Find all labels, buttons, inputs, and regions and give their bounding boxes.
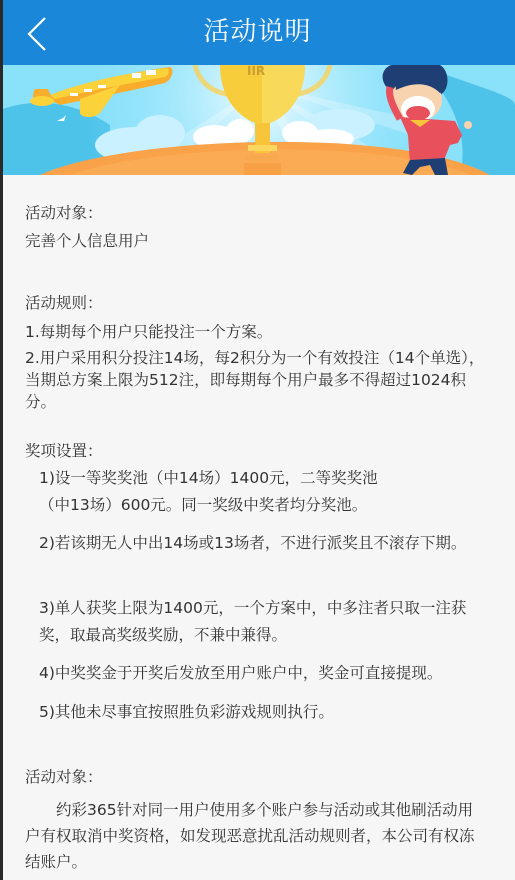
app-header: 活动说明 [0,0,515,65]
section-title-target: 活动对象： [25,201,103,223]
banner-illustration: IIR [0,65,515,175]
section-title-target-2: 活动对象： [25,765,103,787]
prize-item: 2)若该期无人中出14场或13场者，不进行派奖且不滚存下期。 [39,530,489,557]
promo-banner: IIR [0,65,515,175]
prize-item: 3)单人获奖上限为1400元，一个方案中，中多注者只取一注获奖，取最高奖级奖励，… [39,595,489,649]
prize-item: 5)其他未尽事宜按照胜负彩游戏规则执行。 [39,699,489,726]
svg-text:IIR: IIR [247,65,265,78]
section-body-notice: 约彩365针对同一用户使用多个账户参与活动或其他刷活动用户有权取消中奖资格，如发… [25,797,485,875]
prize-item: 4)中奖奖金于开奖后发放至用户账户中，奖金可直接提现。 [39,660,509,687]
page-title: 活动说明 [0,0,515,65]
section-body-target: 完善个人信息用户 [25,228,490,254]
window-edge [0,0,3,880]
section-title-rules: 活动规则： [25,291,103,313]
prize-item: 1)设一等奖奖池（中14场）1400元，二等奖奖池（中13场）600元。同一奖级… [39,465,389,519]
rule-item: 1.每期每个用户只能投注一个方案。 [25,319,490,345]
rule-item: 2.用户采用积分投注14场，每2积分为一个有效投注（14个单选），当期总方案上限… [25,347,485,413]
section-title-prizes: 奖项设置： [25,439,103,461]
